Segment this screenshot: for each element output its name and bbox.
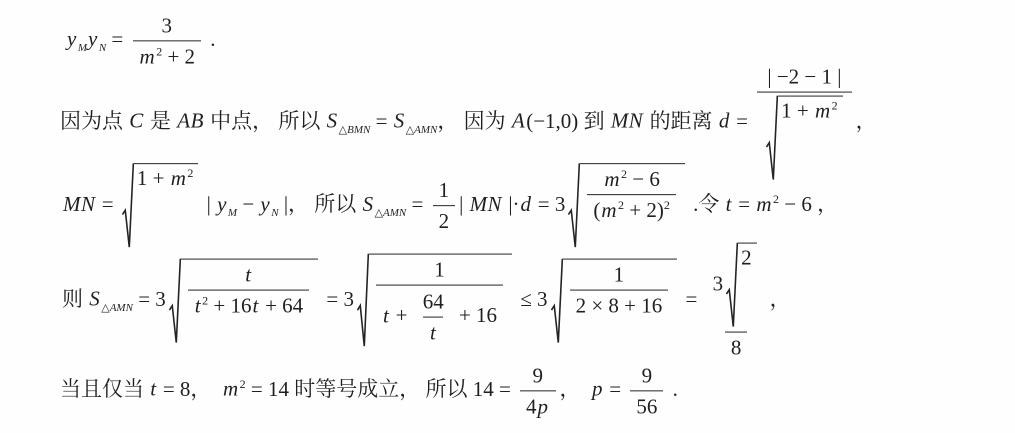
fraction: 3m2 + 2 — [133, 12, 202, 69]
radicand: 1t + 64t + 16 — [369, 254, 512, 348]
math-text: 2 — [439, 210, 450, 234]
math-text: 中点， 所以 — [205, 109, 326, 133]
denominator: 4p — [520, 391, 556, 420]
square-root: m2 − 6(m2 + 2)2 — [568, 163, 685, 249]
math-variable: t — [251, 293, 259, 317]
math-variable: y — [87, 27, 99, 51]
denominator: (m2 + 2)2 — [587, 194, 676, 223]
denominator: 56 — [630, 391, 663, 420]
math-text: 2 — [741, 246, 752, 270]
math-text: 1 + — [137, 166, 170, 190]
numerator: 64 — [417, 289, 450, 317]
math-variable: y — [259, 192, 271, 216]
math-text: 1 — [439, 178, 450, 202]
fraction: 12 × 8 + 16 — [570, 261, 669, 318]
formula-line-3: MN = 1 + m2 | yM − yN |， 所以 S△AMN = 12| … — [62, 163, 838, 249]
math-variable: S — [326, 109, 339, 133]
math-text: = — [370, 109, 392, 133]
math-text: 1 — [614, 262, 625, 286]
math-text: | — [201, 192, 216, 216]
math-superscript: 2 — [187, 166, 193, 180]
math-variable: MN — [469, 192, 504, 216]
math-text: 56 — [636, 395, 657, 419]
math-text: ， — [856, 109, 877, 133]
math-text: + — [390, 303, 412, 327]
denominator: t + 64t + 16 — [376, 285, 503, 347]
numerator: 1 — [433, 177, 456, 205]
radical-sign-icon — [568, 163, 580, 249]
fraction: 12 — [433, 177, 456, 234]
math-variable: S — [88, 287, 101, 311]
math-text: = — [106, 27, 128, 51]
math-text: = — [733, 192, 755, 216]
radicand: 2 — [738, 243, 757, 329]
square-root: tt2 + 16t + 64 — [169, 258, 318, 344]
radicand: m2 − 6(m2 + 2)2 — [580, 163, 685, 249]
math-text: | −2 − 1 | — [767, 65, 841, 89]
math-variable: MN — [610, 109, 645, 133]
math-text: ， — [770, 287, 791, 311]
math-subscript: M — [78, 42, 87, 54]
math-text: 到 — [578, 109, 610, 133]
math-variable: A — [511, 109, 526, 133]
radical-sign-icon — [357, 254, 369, 348]
math-solution-page: yMyN = 3m2 + 2 . 因为点 C 是 AB 中点， 所以 S△BMN… — [0, 0, 1015, 433]
math-text: 4 — [526, 395, 537, 419]
math-variable: d — [718, 109, 731, 133]
math-text: = — [406, 192, 428, 216]
math-text: . — [667, 377, 678, 401]
math-text: 9 — [642, 363, 653, 387]
math-variable: S — [362, 192, 375, 216]
math-text: + 2) — [624, 198, 664, 222]
math-text: |· — [503, 192, 519, 216]
math-text: + 16 — [208, 293, 251, 317]
math-variable: m — [600, 198, 618, 222]
numerator: 1 — [428, 257, 451, 285]
math-text: 1 + — [781, 99, 814, 123]
numerator: 9 — [527, 362, 550, 390]
math-text: | — [459, 192, 468, 216]
math-variable: m — [755, 192, 773, 216]
math-text: = 3 — [133, 287, 166, 311]
denominator: t2 + 16t + 64 — [188, 289, 309, 318]
radicand: tt2 + 16t + 64 — [181, 258, 318, 344]
formula-line-5: 当且仅当 t = 8， m2 = 14 时等号成立， 所以 14 = 94p， … — [60, 362, 678, 419]
math-text: ≤ 3 — [515, 287, 548, 311]
radicand: 1 + m2 — [134, 163, 199, 249]
math-text: − 6 — [627, 167, 660, 191]
math-variable: t — [149, 377, 157, 401]
math-text: = — [680, 287, 702, 311]
math-text: 是 — [145, 109, 177, 133]
math-text: (−1,0) — [526, 109, 578, 133]
square-root: 1 + m2 — [122, 163, 199, 249]
math-variable: t — [244, 262, 252, 286]
math-variable: AB — [176, 109, 205, 133]
math-subscript: △AMN — [101, 302, 133, 314]
radical-sign-icon — [551, 258, 563, 344]
numerator: t — [238, 261, 258, 289]
math-text: + 64 — [260, 293, 303, 317]
math-text: = — [731, 109, 753, 133]
numerator: 3 — [156, 12, 179, 40]
numerator: m2 − 6 — [597, 166, 666, 194]
math-variable: t — [194, 293, 202, 317]
denominator: 2 — [433, 206, 456, 235]
math-text: 则 — [62, 287, 88, 311]
math-variable: t — [725, 192, 733, 216]
math-text: = 3 — [533, 192, 566, 216]
numerator: 9 — [636, 362, 659, 390]
fraction: 94p — [520, 362, 556, 419]
numerator: 32 — [707, 242, 766, 332]
denominator: 2 × 8 + 16 — [570, 289, 669, 318]
math-subscript: M — [228, 207, 237, 219]
formula-line-1: yMyN = 3m2 + 2 . — [66, 12, 216, 69]
radical-sign-icon — [122, 163, 134, 249]
math-text: 9 — [533, 363, 544, 387]
math-superscript: 2 — [664, 198, 670, 212]
math-text: 1 — [434, 258, 445, 282]
math-text: . — [205, 27, 216, 51]
math-variable: MN — [62, 192, 97, 216]
fraction: 956 — [630, 362, 663, 419]
math-subscript: N — [271, 207, 278, 219]
math-text: ， — [560, 377, 592, 401]
denominator: 8 — [725, 331, 748, 360]
math-text: .令 — [688, 192, 725, 216]
fraction: 1t + 64t + 16 — [376, 257, 503, 347]
math-text: = 14 时等号成立， 所以 14 = — [246, 377, 516, 401]
math-variable: y — [66, 27, 78, 51]
math-text: = — [97, 192, 119, 216]
math-text: = — [604, 377, 626, 401]
math-variable: C — [128, 109, 145, 133]
radical-sign-icon — [726, 243, 738, 329]
math-subscript: △AMN — [406, 124, 438, 136]
math-text: 因为点 — [60, 109, 128, 133]
radicand: 12 × 8 + 16 — [563, 258, 678, 344]
math-text: |， 所以 — [279, 192, 362, 216]
math-text: 当且仅当 — [60, 377, 149, 401]
math-variable: d — [520, 192, 533, 216]
math-text: ， 因为 — [437, 109, 511, 133]
math-text: − — [237, 192, 259, 216]
math-subscript: △AMN — [375, 207, 407, 219]
math-variable: m — [603, 167, 621, 191]
square-root: 1t + 64t + 16 — [357, 254, 512, 348]
numerator: 1 — [608, 261, 631, 289]
math-variable: m — [170, 166, 188, 190]
math-text: = 3 — [321, 287, 354, 311]
fraction: 328 — [707, 242, 766, 361]
math-text: 64 — [423, 290, 444, 314]
math-variable: p — [537, 395, 550, 419]
math-text: + 16 — [454, 303, 497, 327]
radical-sign-icon — [169, 258, 181, 344]
denominator: t — [423, 317, 443, 346]
math-text: − 6 ， — [779, 192, 838, 216]
math-variable: S — [393, 109, 406, 133]
math-text: 8 — [731, 335, 742, 359]
math-variable: y — [216, 192, 228, 216]
fraction: m2 − 6(m2 + 2)2 — [587, 166, 676, 223]
math-text: 的距离 — [644, 109, 718, 133]
square-root: 2 — [726, 243, 757, 329]
math-variable: t — [429, 321, 437, 345]
square-root: 12 × 8 + 16 — [551, 258, 678, 344]
formula-line-4: 则 S△AMN = 3tt2 + 16t + 64 = 31t + 64t + … — [62, 242, 791, 361]
math-text: 3 — [713, 271, 724, 295]
math-subscript: △BMN — [339, 124, 371, 136]
math-text: 3 — [162, 13, 173, 37]
math-variable: p — [591, 377, 604, 401]
fraction: tt2 + 16t + 64 — [188, 261, 309, 318]
math-text: = 8， — [158, 377, 222, 401]
numerator: | −2 − 1 | — [761, 64, 847, 92]
math-variable: m — [222, 377, 240, 401]
math-text: 2 × 8 + 16 — [576, 293, 663, 317]
math-superscript: 2 — [832, 99, 838, 113]
fraction: 64t — [417, 289, 450, 346]
math-variable: m — [814, 99, 832, 123]
